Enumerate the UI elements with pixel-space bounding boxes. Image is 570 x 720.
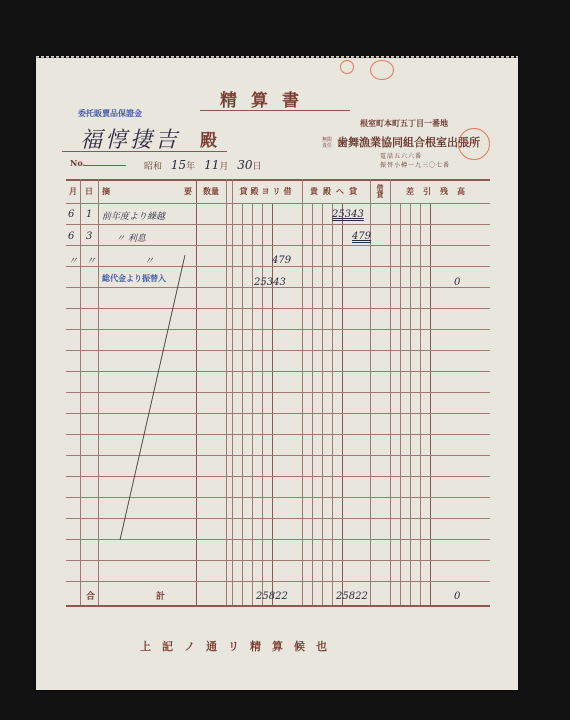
total-label-2: 計	[156, 589, 165, 602]
date-day-unit: 日	[253, 162, 262, 172]
document-date: 昭和 15年 11月 30日	[144, 158, 262, 172]
header-credit: 貴殿へ貸	[302, 179, 370, 203]
row1-day: 1	[86, 209, 92, 220]
recipient-underline	[62, 151, 227, 152]
company-address: 根室町本町五丁目一番地	[360, 118, 448, 129]
header-balance: 差引残高	[390, 179, 490, 203]
col-line	[312, 203, 313, 605]
row3-debit: 479	[272, 255, 291, 266]
row-line	[66, 560, 490, 561]
row-line	[66, 224, 490, 225]
header-desc-1: 摘	[102, 186, 110, 197]
row-line	[66, 203, 490, 204]
col-line	[332, 203, 333, 605]
row1-description: 前年度より繰越	[102, 209, 165, 222]
document-title: 精算書	[220, 86, 313, 111]
title-underline	[200, 110, 350, 111]
total-label-1: 合	[86, 589, 95, 602]
date-year-unit: 年	[186, 162, 195, 172]
header-quantity: 数量	[196, 179, 226, 203]
col-line	[242, 203, 243, 605]
seal-stamp-small	[340, 60, 354, 74]
number-field-line	[84, 165, 126, 166]
company-prefix: 無限 責任	[322, 137, 334, 149]
number-label: No.	[70, 158, 85, 168]
recipient-name: 福惇捿吉	[80, 123, 180, 154]
col-line	[430, 203, 431, 605]
date-day: 30	[237, 158, 252, 172]
row-line	[66, 581, 490, 582]
company-name: 歯舞漁業協同組合根室出張所	[337, 134, 480, 150]
col-line	[400, 203, 401, 605]
header-month: 月	[66, 179, 80, 203]
row3-month: 〃	[68, 252, 78, 267]
col-line	[322, 203, 323, 605]
footer-text: 上記ノ通リ精算候也	[140, 638, 338, 654]
header-description: 摘 要	[98, 179, 196, 203]
row4-debit: 25343	[254, 277, 286, 288]
row2-month: 6	[68, 231, 74, 242]
seal-stamp-top	[370, 60, 394, 80]
row1-month: 6	[68, 209, 74, 220]
header-debit-credit: 借貸	[370, 179, 390, 203]
header-debit: 貸殿ヨリ借	[232, 179, 302, 203]
header-day: 日	[80, 179, 98, 203]
col-line	[342, 203, 343, 605]
date-month-unit: 月	[219, 162, 228, 172]
row2-description: 〃 利息	[116, 231, 194, 244]
col-line	[262, 203, 263, 605]
date-year: 15	[171, 158, 186, 172]
table-bottom-border	[66, 605, 490, 607]
col-line	[420, 203, 421, 605]
company-contact: 電話五六六番 振替小樽一九三〇七番	[380, 152, 450, 170]
header-desc-2: 要	[184, 186, 192, 197]
row-line	[66, 245, 490, 246]
transfer-account: 振替小樽一九三〇七番	[380, 161, 450, 170]
date-era: 昭和	[144, 162, 162, 172]
col-line	[410, 203, 411, 605]
row1-credit: 25343	[332, 209, 364, 220]
date-month: 11	[204, 158, 219, 172]
recipient-honorific: 殿	[200, 126, 217, 151]
telephone: 電話五六六番	[380, 152, 450, 161]
cancel-diagonal-line	[110, 255, 190, 545]
row2-day: 3	[86, 231, 92, 242]
row4-balance: 0	[454, 277, 460, 288]
col-line	[252, 203, 253, 605]
total-debit: 25822	[256, 591, 288, 602]
issuer-label: 委托販賣品保證金	[78, 108, 142, 119]
total-credit: 25822	[336, 591, 368, 602]
row3-day: 〃	[86, 252, 96, 267]
total-balance: 0	[454, 591, 460, 602]
row2-credit: 479	[352, 231, 371, 242]
